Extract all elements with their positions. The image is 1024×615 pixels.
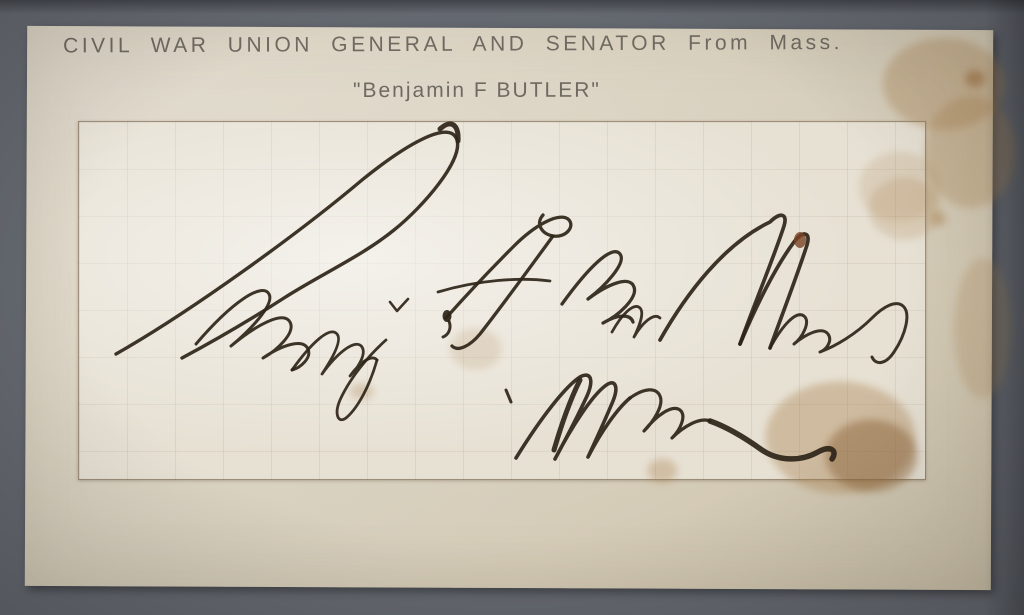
foxing-stain <box>883 38 1005 131</box>
inscription-line-1: CIVIL WAR UNION GENERAL AND SENATOR From… <box>63 31 843 58</box>
photo-backdrop: CIVIL WAR UNION GENERAL AND SENATOR From… <box>0 0 1024 615</box>
foxing-stain <box>965 70 985 87</box>
signature-clipping <box>78 121 926 480</box>
inscription-line-2: "Benjamin F BUTLER" <box>277 79 677 103</box>
foxing-stain <box>954 258 1013 398</box>
autograph-card: CIVIL WAR UNION GENERAL AND SENATOR From… <box>25 26 993 590</box>
foxing-stain <box>930 212 946 226</box>
foxing-stain <box>924 96 1016 208</box>
